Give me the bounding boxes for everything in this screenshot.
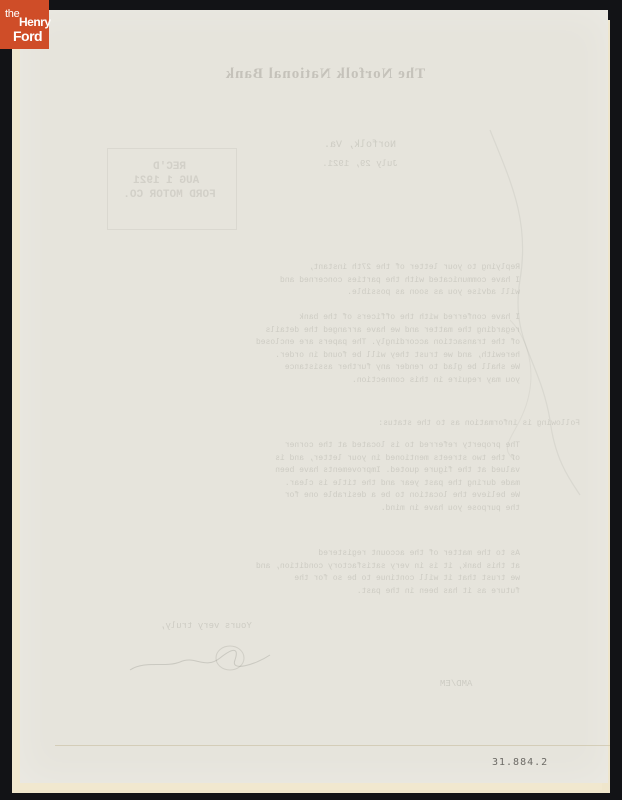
signature-mark [125, 640, 275, 680]
page-edge [55, 745, 610, 746]
henry-ford-logo: the Henry Ford [0, 0, 49, 49]
letterhead-bleed-through: The Norfolk National Bank [155, 68, 495, 81]
accession-number: 31.884.2 [492, 757, 548, 768]
paragraph-5: As to the matter of the account register… [110, 548, 520, 598]
logo-text-henry: Henry [19, 15, 51, 29]
paragraph-2: I have conferred with the officers of th… [110, 312, 520, 387]
date-bleed-through: July 29, 1921. [270, 158, 450, 171]
city-bleed-through: Norfolk, Va. [270, 140, 450, 153]
reference-initials: AMD/EM [440, 678, 472, 691]
paragraph-1: Replying to your letter of the 27th inst… [110, 262, 520, 300]
pencil-annotation-mark [480, 120, 590, 500]
logo-text-the: the [5, 8, 19, 20]
logo-text-ford: Ford [13, 28, 42, 44]
paragraph-4: The property referred to is located at t… [110, 440, 520, 515]
closing-bleed-through: Yours very truly, [160, 620, 252, 633]
stamp-bleed-through: REC'D AUG 1 1921 FORD MOTOR CO. [112, 160, 227, 202]
